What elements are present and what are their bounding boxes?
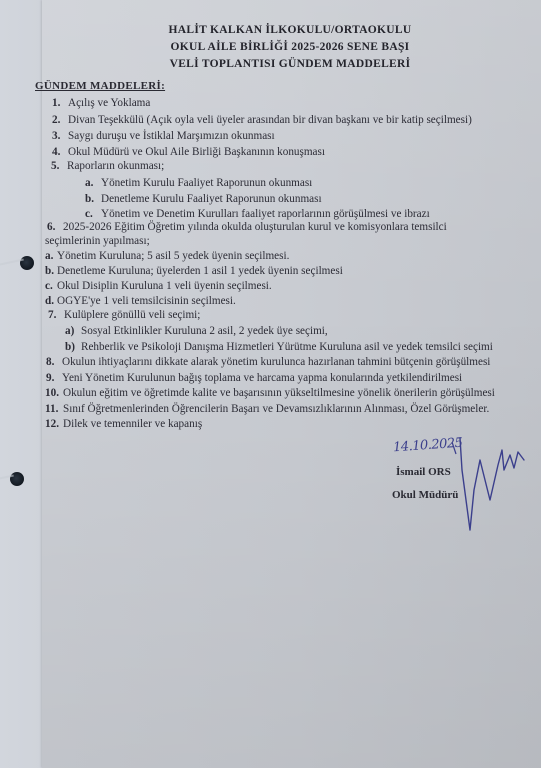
agenda-item: 1.Açılış ve Yoklama	[52, 97, 150, 109]
agenda-item: 3.Saygı duruşu ve İstiklal Marşımızın ok…	[52, 130, 275, 142]
document-title: HALİT KALKAN İLKOKULU/ORTAOKULU OKUL AİL…	[120, 22, 460, 73]
title-line-school: HALİT KALKAN İLKOKULU/ORTAOKULU	[120, 22, 460, 39]
punch-hole	[10, 472, 24, 486]
signature-icon	[440, 430, 541, 540]
agenda-item: 12.Dilek ve temenniler ve kapanış	[45, 418, 202, 430]
agenda-heading: GÜNDEM MADDELERİ:	[35, 80, 165, 92]
agenda-item: 9.Yeni Yönetim Kurulunun bağış toplama v…	[46, 372, 462, 384]
agenda-subitem: a.Yönetim Kuruluna; 5 asil 5 yedek üyeni…	[45, 250, 289, 262]
agenda-subitem: c.Yönetim ve Denetim Kurulları faaliyet …	[85, 208, 430, 220]
agenda-subitem: d.OGYE'ye 1 veli temsilcisinin seçilmesi…	[45, 295, 236, 307]
agenda-item: 5.Raporların okunması;	[51, 160, 164, 172]
agenda-subitem: a)Sosyal Etkinlikler Kuruluna 2 asil, 2 …	[65, 325, 328, 337]
agenda-item: 4.Okul Müdürü ve Okul Aile Birliği Başka…	[52, 146, 325, 158]
agenda-subitem: a.Yönetim Kurulu Faaliyet Raporunun okun…	[85, 177, 312, 189]
agenda-item: 6.2025-2026 Eğitim Öğretim yılında okuld…	[47, 221, 447, 233]
agenda-item: 11.Sınıf Öğretmenlerinden Öğrencilerin B…	[45, 403, 489, 415]
punch-hole	[20, 256, 34, 270]
title-line-meeting: VELİ TOPLANTISI GÜNDEM MADDELERİ	[120, 56, 460, 73]
agenda-subitem: b)Rehberlik ve Psikoloji Danışma Hizmetl…	[65, 341, 493, 353]
agenda-item: 8.Okulun ihtiyaçlarını dikkate alarak yö…	[46, 356, 490, 368]
agenda-item: 2.Divan Teşekkülü (Açık oyla veli üyeler…	[52, 114, 472, 126]
agenda-item-continuation: seçimlerinin yapılması;	[45, 235, 150, 247]
agenda-subitem: b.Denetleme Kurulu Faaliyet Raporunun ok…	[85, 193, 322, 205]
title-line-association: OKUL AİLE BİRLİĞİ 2025-2026 SENE BAŞI	[120, 39, 460, 56]
agenda-item: 7.Kulüplere gönüllü veli seçimi;	[48, 309, 200, 321]
agenda-subitem: c.Okul Disiplin Kuruluna 1 veli üyenin s…	[45, 280, 272, 292]
agenda-item: 10.Okulun eğitim ve öğretimde kalite ve …	[45, 387, 495, 399]
agenda-subitem: b.Denetleme Kuruluna; üyelerden 1 asil 1…	[45, 265, 343, 277]
